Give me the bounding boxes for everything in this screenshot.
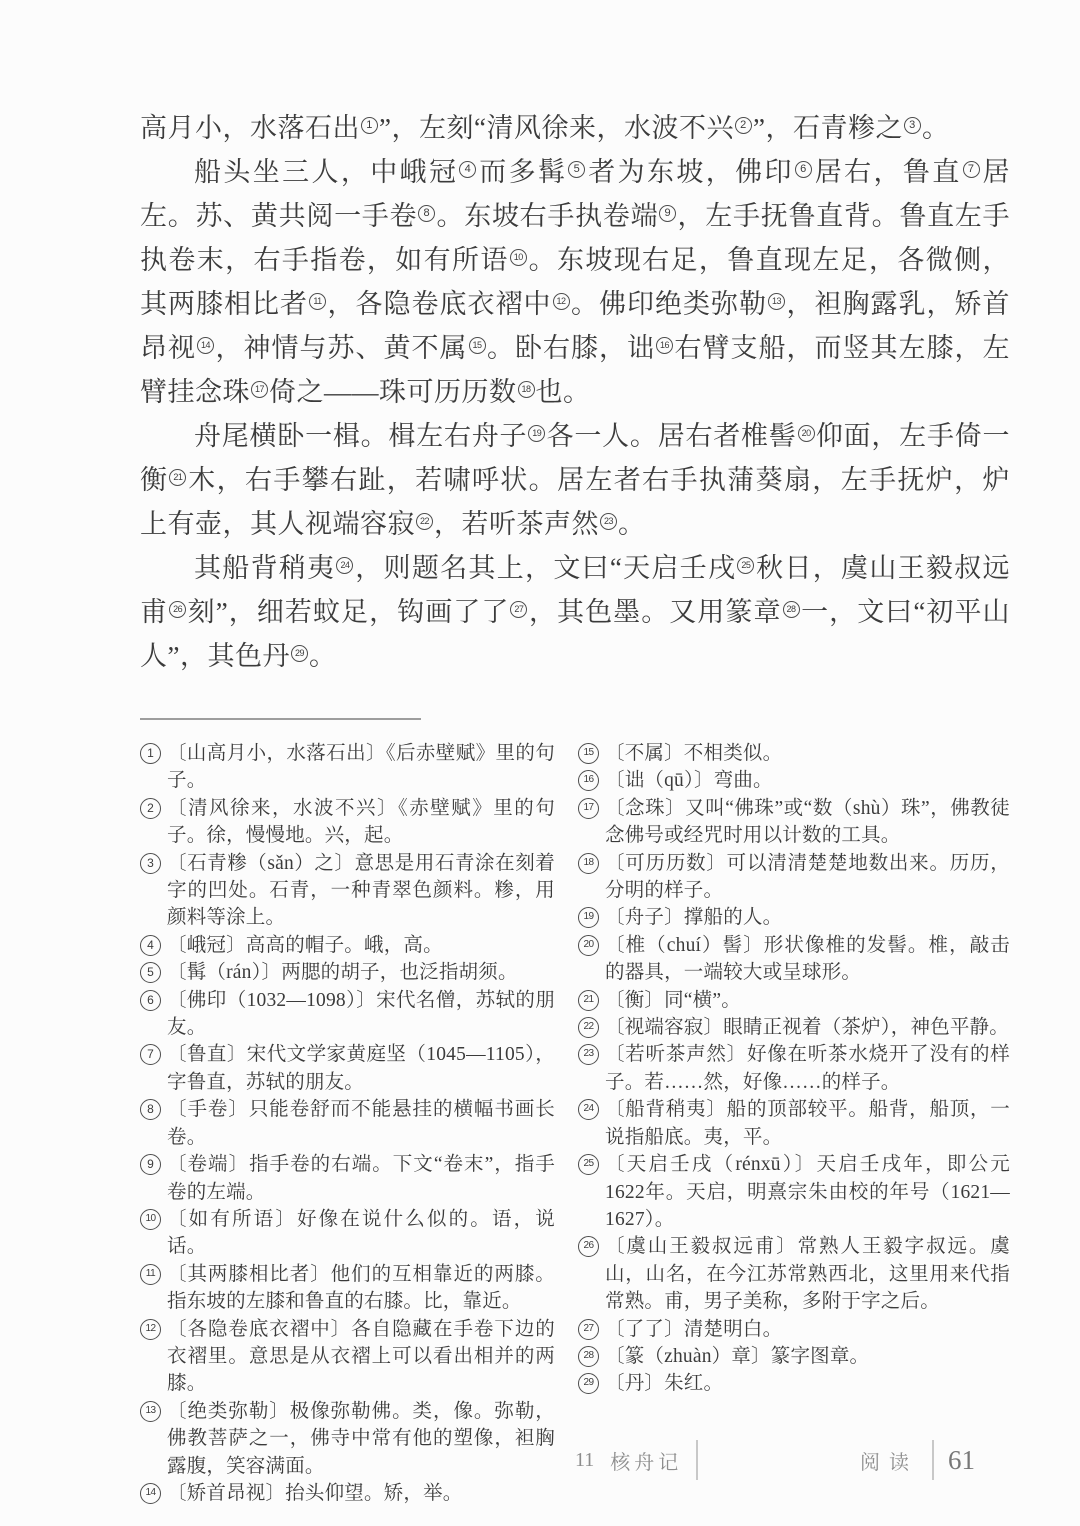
footnote-text: 〔诎（qū）〕弯曲。: [605, 767, 1010, 794]
footnote-ref-marker: 29: [291, 645, 308, 662]
footnote-number: 2: [140, 798, 161, 819]
footnote-ref-marker: 6: [795, 161, 812, 178]
footer-section-info: 阅读 61: [860, 1440, 975, 1480]
footnote-number: 14: [140, 1483, 161, 1504]
footnote-number: 22: [578, 1017, 599, 1038]
footnote-item: 20〔椎（chuí）髻〕形状像椎的发髻。椎，敲击的器具，一端较大或呈球形。: [578, 932, 1010, 987]
footnote-text: 〔船背稍夷〕船的顶部较平。船背，船顶，一说指船底。夷，平。: [605, 1096, 1010, 1151]
footnote-text: 〔峨冠〕高高的帽子。峨，高。: [167, 932, 555, 959]
footnote-number: 5: [140, 962, 161, 983]
footnotes-left-column: 1〔山高月小，水落石出〕《后赤壁赋》里的句子。2〔清风徐来，水波不兴〕《赤壁赋》…: [140, 740, 555, 1507]
footnote-item: 22〔视端容寂〕眼睛正视着（茶炉），神色平静。: [578, 1014, 1010, 1041]
footnote-ref-marker: 11: [309, 293, 326, 310]
main-paragraph: 舟尾横卧一楫。楫左右舟子19各一人。居右者椎髻20仰面，左手倚一衡21木，右手攀…: [140, 414, 1010, 546]
footnote-item: 27〔了了〕清楚明白。: [578, 1316, 1010, 1343]
footnote-text: 〔丹〕朱红。: [605, 1370, 1010, 1397]
footnote-text: 〔矫首昂视〕抬头仰望。矫，举。: [167, 1480, 555, 1507]
footnote-number: 12: [140, 1319, 161, 1340]
footnote-item: 16〔诎（qū）〕弯曲。: [578, 767, 1010, 794]
footnote-item: 3〔石青糁（sǎn）之〕意思是用石青涂在刻着字的凹处。石青，一种青翠色颜料。糁，…: [140, 850, 555, 932]
footnote-text: 〔石青糁（sǎn）之〕意思是用石青涂在刻着字的凹处。石青，一种青翠色颜料。糁，用…: [167, 850, 555, 932]
footnote-text: 〔髯（rán）〕两腮的胡子，也泛指胡须。: [167, 959, 555, 986]
main-paragraph: 其船背稍夷24，则题名其上，文曰“天启壬戌25秋日，虞山王毅叔远甫26刻”，细若…: [140, 546, 1010, 678]
footnote-number: 16: [578, 770, 599, 791]
footnote-text: 〔虞山王毅叔远甫〕常熟人王毅字叔远。虞山，山名，在今江苏常熟西北，这里用来代指常…: [605, 1233, 1010, 1315]
footnote-ref-marker: 24: [336, 557, 353, 574]
footnote-text: 〔各隐卷底衣褶中〕各自隐藏在手卷下边的衣褶里。意思是从衣褶上可以看出相并的两膝。: [167, 1316, 555, 1398]
footnote-text: 〔清风徐来，水波不兴〕《赤壁赋》里的句子。徐，慢慢地。兴，起。: [167, 795, 555, 850]
footnote-item: 4〔峨冠〕高高的帽子。峨，高。: [140, 932, 555, 959]
footnote-ref-marker: 12: [553, 293, 570, 310]
footnote-number: 10: [140, 1209, 161, 1230]
lesson-number: 11: [575, 1449, 594, 1472]
footnote-item: 9〔卷端〕指手卷的右端。下文“卷末”，指手卷的左端。: [140, 1151, 555, 1206]
footnote-ref-marker: 3: [904, 117, 921, 134]
footnote-number: 27: [578, 1319, 599, 1340]
footnote-number: 23: [578, 1044, 599, 1065]
footnote-number: 20: [578, 935, 599, 956]
footnote-ref-marker: 5: [568, 161, 585, 178]
footnote-number: 9: [140, 1154, 161, 1175]
footnote-number: 3: [140, 853, 161, 874]
footnote-ref-marker: 16: [656, 337, 673, 354]
footnote-ref-marker: 19: [528, 425, 545, 442]
footnote-number: 7: [140, 1044, 161, 1065]
footnote-text: 〔可历历数〕可以清清楚楚地数出来。历历，分明的样子。: [605, 850, 1010, 905]
footnote-number: 1: [140, 743, 161, 764]
footnote-text: 〔绝类弥勒〕极像弥勒佛。类，像。弥勒，佛教菩萨之一，佛寺中常有他的塑像，袒胸露腹…: [167, 1398, 555, 1480]
footnote-item: 6〔佛印（1032—1098）〕宋代名僧，苏轼的朋友。: [140, 987, 555, 1042]
footnote-item: 5〔髯（rán）〕两腮的胡子，也泛指胡须。: [140, 959, 555, 986]
footnote-text: 〔山高月小，水落石出〕《后赤壁赋》里的句子。: [167, 740, 555, 795]
footnote-item: 21〔衡〕同“横”。: [578, 987, 1010, 1014]
footnote-item: 7〔鲁直〕宋代文学家黄庭坚（1045—1105），字鲁直，苏轼的朋友。: [140, 1041, 555, 1096]
footnote-number: 29: [578, 1373, 599, 1394]
footnote-text: 〔视端容寂〕眼睛正视着（茶炉），神色平静。: [605, 1014, 1010, 1041]
footnote-item: 26〔虞山王毅叔远甫〕常熟人王毅字叔远。虞山，山名，在今江苏常熟西北，这里用来代…: [578, 1233, 1010, 1315]
footnote-ref-marker: 25: [737, 557, 754, 574]
main-paragraph: 高月小，水落石出1”，左刻“清风徐来，水波不兴2”，石青糁之3。: [140, 106, 1010, 150]
footnote-number: 4: [140, 935, 161, 956]
footnote-text: 〔舟子〕撑船的人。: [605, 904, 1010, 931]
footnote-number: 11: [140, 1264, 161, 1285]
footnote-item: 18〔可历历数〕可以清清楚楚地数出来。历历，分明的样子。: [578, 850, 1010, 905]
footnote-number: 13: [140, 1401, 161, 1422]
footnote-text: 〔了了〕清楚明白。: [605, 1316, 1010, 1343]
footnote-item: 13〔绝类弥勒〕极像弥勒佛。类，像。弥勒，佛教菩萨之一，佛寺中常有他的塑像，袒胸…: [140, 1398, 555, 1480]
footnotes-section: 1〔山高月小，水落石出〕《后赤壁赋》里的句子。2〔清风徐来，水波不兴〕《赤壁赋》…: [140, 740, 1010, 1507]
footnote-text: 〔手卷〕只能卷舒而不能悬挂的横幅书画长卷。: [167, 1096, 555, 1151]
footnote-item: 29〔丹〕朱红。: [578, 1370, 1010, 1397]
page-number: 61: [948, 1445, 975, 1476]
footnotes-right-column: 15〔不属〕不相类似。16〔诎（qū）〕弯曲。17〔念珠〕又叫“佛珠”或“数（s…: [578, 740, 1010, 1507]
footnote-number: 17: [578, 798, 599, 819]
footnote-ref-marker: 28: [783, 601, 800, 618]
main-paragraph: 船头坐三人，中峨冠4而多髯5者为东坡，佛印6居右，鲁直7居左。苏、黄共阅一手卷8…: [140, 150, 1010, 414]
footer-divider-bar-left: [696, 1440, 698, 1480]
footnote-divider: [140, 718, 421, 720]
footnote-number: 25: [578, 1154, 599, 1175]
footnote-number: 6: [140, 990, 161, 1011]
footnote-text: 〔衡〕同“横”。: [605, 987, 1010, 1014]
lesson-title: 核舟记: [610, 1446, 682, 1475]
main-text-block: 高月小，水落石出1”，左刻“清风徐来，水波不兴2”，石青糁之3。船头坐三人，中峨…: [140, 106, 1010, 678]
footnote-item: 15〔不属〕不相类似。: [578, 740, 1010, 767]
footnote-ref-marker: 22: [416, 513, 433, 530]
footnote-number: 18: [578, 853, 599, 874]
footnote-text: 〔鲁直〕宋代文学家黄庭坚（1045—1105），字鲁直，苏轼的朋友。: [167, 1041, 555, 1096]
footnote-ref-marker: 1: [361, 117, 378, 134]
footnote-ref-marker: 21: [169, 469, 186, 486]
footnote-number: 21: [578, 990, 599, 1011]
footnote-ref-marker: 7: [963, 161, 980, 178]
footnote-item: 28〔篆（zhuàn）章〕篆字图章。: [578, 1343, 1010, 1370]
footnote-ref-marker: 27: [510, 601, 527, 618]
footnote-ref-marker: 2: [735, 117, 752, 134]
footnote-item: 12〔各隐卷底衣褶中〕各自隐藏在手卷下边的衣褶里。意思是从衣褶上可以看出相并的两…: [140, 1316, 555, 1398]
section-label: 阅读: [860, 1446, 918, 1475]
footnote-item: 8〔手卷〕只能卷舒而不能悬挂的横幅书画长卷。: [140, 1096, 555, 1151]
footnote-ref-marker: 8: [418, 205, 435, 222]
footnote-ref-marker: 13: [768, 293, 785, 310]
footnote-ref-marker: 15: [469, 337, 486, 354]
footer-divider-bar-right: [932, 1440, 934, 1480]
footnote-ref-marker: 18: [518, 381, 535, 398]
footnote-ref-marker: 26: [169, 601, 186, 618]
footnote-text: 〔天启壬戌（rénxū）〕天启壬戌年，即公元1622年。天启，明熹宗朱由校的年号…: [605, 1151, 1010, 1233]
footnote-item: 17〔念珠〕又叫“佛珠”或“数（shù）珠”，佛教徒念佛号或经咒时用以计数的工具…: [578, 795, 1010, 850]
footnote-text: 〔若听茶声然〕好像在听茶水烧开了没有的样子。若……然，好像……的样子。: [605, 1041, 1010, 1096]
footnote-item: 25〔天启壬戌（rénxū）〕天启壬戌年，即公元1622年。天启，明熹宗朱由校的…: [578, 1151, 1010, 1233]
footnote-number: 28: [578, 1346, 599, 1367]
footnote-ref-marker: 10: [510, 249, 527, 266]
footnote-number: 24: [578, 1099, 599, 1120]
footnote-item: 14〔矫首昂视〕抬头仰望。矫，举。: [140, 1480, 555, 1507]
footnote-text: 〔其两膝相比者〕他们的互相靠近的两膝。指东坡的左膝和鲁直的右膝。比，靠近。: [167, 1261, 555, 1316]
footnote-ref-marker: 20: [798, 425, 815, 442]
footnote-item: 1〔山高月小，水落石出〕《后赤壁赋》里的句子。: [140, 740, 555, 795]
footnote-item: 24〔船背稍夷〕船的顶部较平。船背，船顶，一说指船底。夷，平。: [578, 1096, 1010, 1151]
footnote-number: 15: [578, 743, 599, 764]
footnote-text: 〔椎（chuí）髻〕形状像椎的发髻。椎，敲击的器具，一端较大或呈球形。: [605, 932, 1010, 987]
footnote-text: 〔不属〕不相类似。: [605, 740, 1010, 767]
footnote-ref-marker: 4: [459, 161, 476, 178]
footnote-text: 〔念珠〕又叫“佛珠”或“数（shù）珠”，佛教徒念佛号或经咒时用以计数的工具。: [605, 795, 1010, 850]
footnote-ref-marker: 9: [659, 205, 676, 222]
footnote-item: 10〔如有所语〕好像在说什么似的。语，说话。: [140, 1206, 555, 1261]
footnote-item: 2〔清风徐来，水波不兴〕《赤壁赋》里的句子。徐，慢慢地。兴，起。: [140, 795, 555, 850]
footnote-ref-marker: 23: [600, 513, 617, 530]
footnote-text: 〔佛印（1032—1098）〕宋代名僧，苏轼的朋友。: [167, 987, 555, 1042]
footnote-item: 11〔其两膝相比者〕他们的互相靠近的两膝。指东坡的左膝和鲁直的右膝。比，靠近。: [140, 1261, 555, 1316]
footnote-ref-marker: 17: [251, 381, 268, 398]
footnote-item: 19〔舟子〕撑船的人。: [578, 904, 1010, 931]
footnote-number: 8: [140, 1099, 161, 1120]
footnote-ref-marker: 14: [197, 337, 214, 354]
footnote-text: 〔如有所语〕好像在说什么似的。语，说话。: [167, 1206, 555, 1261]
textbook-page: 高月小，水落石出1”，左刻“清风徐来，水波不兴2”，石青糁之3。船头坐三人，中峨…: [0, 0, 1080, 1526]
footnote-number: 19: [578, 907, 599, 928]
footnote-text: 〔篆（zhuàn）章〕篆字图章。: [605, 1343, 1010, 1370]
footnote-item: 23〔若听茶声然〕好像在听茶水烧开了没有的样子。若……然，好像……的样子。: [578, 1041, 1010, 1096]
footer-lesson: 11 核舟记: [575, 1440, 712, 1480]
footnote-text: 〔卷端〕指手卷的右端。下文“卷末”，指手卷的左端。: [167, 1151, 555, 1206]
footnote-number: 26: [578, 1236, 599, 1257]
